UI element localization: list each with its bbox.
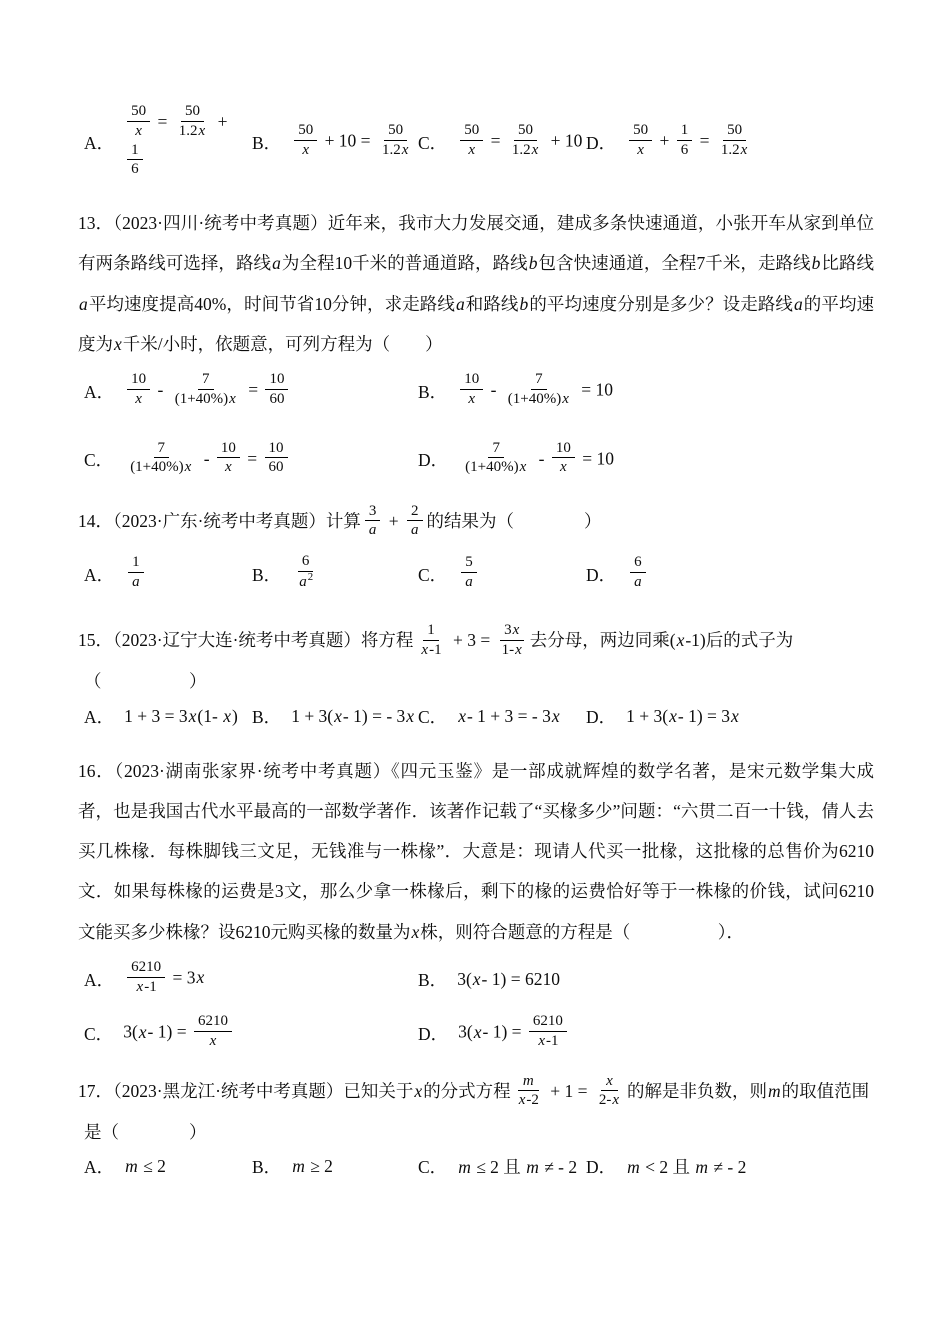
- option-formula: m ≥ 2: [291, 1156, 333, 1177]
- option-14-B: B． 6a2: [252, 554, 418, 594]
- option-15-A: A． 1 + 3 = 3x(1- x): [84, 704, 252, 729]
- question-number: 17．: [78, 1081, 113, 1101]
- option-label: C．: [418, 130, 447, 155]
- question-number: 14．: [78, 511, 113, 531]
- option-formula: 6210x-1 = 3x: [124, 960, 205, 999]
- question-17-options: A． m ≤ 2 B． m ≥ 2 C． m ≤ 2 且 m ≠ - 2 D． …: [78, 1154, 874, 1179]
- question-12-options: A． 50x = 501.2x + 16 B． 50x + 10 = 501.2…: [78, 104, 874, 181]
- option-label: D．: [586, 704, 616, 729]
- question-13: 13．（2023·四川·统考中考真题）近年来，我市大力发展交通，建成多条快速通道…: [78, 203, 874, 479]
- question-15-stem: 15．（2023·辽宁大连·统考中考真题）将方程1x-1 + 3 = 3x1-x…: [78, 620, 874, 661]
- option-12-C: C． 50x = 501.2x + 10: [418, 123, 586, 162]
- option-formula: 3(x- 1) = 6210: [457, 969, 560, 990]
- question-17: 17．（2023·黑龙江·统考中考真题）已知关于x的分式方程mx-2 + 1 =…: [78, 1071, 874, 1179]
- question-16: 16．（2023·湖南张家界·统考中考真题）《四元玉鉴》是一部成就辉煌的数学名著…: [78, 751, 874, 1053]
- option-label: A．: [84, 130, 114, 155]
- question-text: （2023·湖南张家界·统考中考真题）《四元玉鉴》是一部成就辉煌的数学名著，是宋…: [78, 761, 874, 942]
- question-14: 14．（2023·广东·统考中考真题）计算3a + 2a的结果为（ ） A． 1…: [78, 501, 874, 600]
- question-text: （2023·辽宁大连·统考中考真题）将方程1x-1 + 3 = 3x1-x去分母…: [113, 630, 793, 650]
- option-formula: 7(1+40%)x - 10x = 10: [458, 441, 614, 480]
- option-12-D: D． 50x + 16 = 501.2x: [586, 123, 874, 162]
- question-number: 16．: [78, 761, 114, 781]
- option-label: A．: [84, 1154, 114, 1179]
- question-15-options: A． 1 + 3 = 3x(1- x) B． 1 + 3(x- 1) = - 3…: [78, 704, 874, 729]
- option-13-C: C． 7(1+40%)x - 10x = 1060: [84, 441, 418, 480]
- option-formula: 3(x- 1) = 6210x-1: [458, 1014, 570, 1053]
- option-17-D: D． m < 2 且 m ≠ - 2: [586, 1154, 874, 1179]
- question-text: （2023·黑龙江·统考中考真题）已知关于x的分式方程mx-2 + 1 = x2…: [113, 1081, 869, 1101]
- question-17-stem: 17．（2023·黑龙江·统考中考真题）已知关于x的分式方程mx-2 + 1 =…: [78, 1071, 874, 1112]
- option-14-A: A． 1a: [84, 555, 252, 594]
- question-text: （2023·四川·统考中考真题）近年来，我市大力发展交通，建成多条快速通道，小张…: [78, 213, 874, 354]
- option-formula: 1a: [124, 555, 148, 594]
- option-formula: 6a2: [291, 554, 320, 594]
- option-label: C．: [84, 1021, 113, 1046]
- option-label: A．: [84, 562, 114, 587]
- option-label: A．: [84, 379, 114, 404]
- option-label: B．: [252, 704, 281, 729]
- option-label: C．: [418, 704, 447, 729]
- option-label: D．: [418, 1021, 448, 1046]
- option-label: C．: [84, 447, 113, 472]
- option-17-B: B． m ≥ 2: [252, 1154, 418, 1179]
- question-14-options: A． 1a B． 6a2 C． 5a D． 6a: [78, 548, 874, 600]
- option-15-C: C． x- 1 + 3 = - 3x: [418, 704, 586, 729]
- option-13-A: A． 10x - 7(1+40%)x = 1060: [84, 372, 418, 411]
- option-label: C．: [418, 1154, 447, 1179]
- question-text: （2023·广东·统考中考真题）计算3a + 2a的结果为（ ）: [113, 511, 602, 531]
- question-15-answer-blank: （ ）: [78, 661, 874, 701]
- option-label: A．: [84, 704, 114, 729]
- option-13-B: B． 10x - 7(1+40%)x = 10: [418, 372, 874, 411]
- option-15-D: D． 1 + 3(x- 1) = 3x: [586, 704, 874, 729]
- option-formula: 1 + 3(x- 1) = 3x: [626, 706, 740, 727]
- option-14-D: D． 6a: [586, 555, 874, 594]
- option-label: A．: [84, 967, 114, 992]
- question-number: 13．: [78, 213, 113, 233]
- option-12-A: A． 50x = 501.2x + 16: [84, 104, 252, 181]
- option-label: B．: [418, 967, 447, 992]
- option-formula: 50x = 501.2x + 16: [124, 104, 252, 181]
- answer-blank-text: （ ）: [84, 671, 207, 691]
- question-13-stem: 13．（2023·四川·统考中考真题）近年来，我市大力发展交通，建成多条快速通道…: [78, 203, 874, 364]
- option-label: D．: [586, 1154, 616, 1179]
- question-17-answer-blank: 是（ ）: [78, 1112, 874, 1152]
- option-14-C: C． 5a: [418, 555, 586, 594]
- option-formula: 6a: [626, 555, 650, 594]
- option-formula: 50x = 501.2x + 10: [457, 123, 582, 162]
- option-16-A: A． 6210x-1 = 3x: [84, 960, 418, 999]
- option-formula: 1 + 3(x- 1) = - 3x: [291, 706, 415, 727]
- worksheet-page: A． 50x = 501.2x + 16 B． 50x + 10 = 501.2…: [0, 0, 950, 1179]
- option-13-D: D． 7(1+40%)x - 10x = 10: [418, 441, 874, 480]
- question-number: 15．: [78, 630, 113, 650]
- option-label: D．: [418, 447, 448, 472]
- question-16-options: A． 6210x-1 = 3x B． 3(x- 1) = 6210 C． 3(x…: [78, 960, 874, 1053]
- option-17-C: C． m ≤ 2 且 m ≠ - 2: [418, 1154, 586, 1179]
- option-formula: m ≤ 2 且 m ≠ - 2: [457, 1154, 577, 1179]
- option-12-B: B． 50x + 10 = 501.2x: [252, 123, 418, 162]
- option-16-C: C． 3(x- 1) = 6210x: [84, 1014, 418, 1053]
- option-label: B．: [252, 562, 281, 587]
- option-label: D．: [586, 130, 616, 155]
- option-label: B．: [252, 130, 281, 155]
- option-formula: 50x + 10 = 501.2x: [291, 123, 416, 162]
- question-16-stem: 16．（2023·湖南张家界·统考中考真题）《四元玉鉴》是一部成就辉煌的数学名著…: [78, 751, 874, 952]
- option-17-A: A． m ≤ 2: [84, 1154, 252, 1179]
- option-formula: 10x - 7(1+40%)x = 10: [457, 372, 613, 411]
- option-label: B．: [418, 379, 447, 404]
- option-label: D．: [586, 562, 616, 587]
- option-formula: 10x - 7(1+40%)x = 1060: [124, 372, 291, 411]
- option-formula: m < 2 且 m ≠ - 2: [626, 1154, 746, 1179]
- option-16-D: D． 3(x- 1) = 6210x-1: [418, 1014, 874, 1053]
- option-formula: m ≤ 2: [124, 1156, 166, 1177]
- option-16-B: B． 3(x- 1) = 6210: [418, 967, 874, 992]
- option-formula: 1 + 3 = 3x(1- x): [124, 706, 238, 727]
- option-formula: 3(x- 1) = 6210x: [123, 1014, 235, 1053]
- option-formula: 7(1+40%)x - 10x = 1060: [123, 441, 290, 480]
- question-13-options: A． 10x - 7(1+40%)x = 1060 B． 10x - 7(1+4…: [78, 372, 874, 479]
- option-formula: 5a: [457, 555, 481, 594]
- question-14-stem: 14．（2023·广东·统考中考真题）计算3a + 2a的结果为（ ）: [78, 501, 874, 542]
- option-label: C．: [418, 562, 447, 587]
- question-15: 15．（2023·辽宁大连·统考中考真题）将方程1x-1 + 3 = 3x1-x…: [78, 620, 874, 728]
- answer-blank-text: 是（ ）: [84, 1122, 207, 1142]
- option-formula: 50x + 16 = 501.2x: [626, 123, 755, 162]
- option-formula: x- 1 + 3 = - 3x: [457, 706, 560, 727]
- option-15-B: B． 1 + 3(x- 1) = - 3x: [252, 704, 418, 729]
- option-label: B．: [252, 1154, 281, 1179]
